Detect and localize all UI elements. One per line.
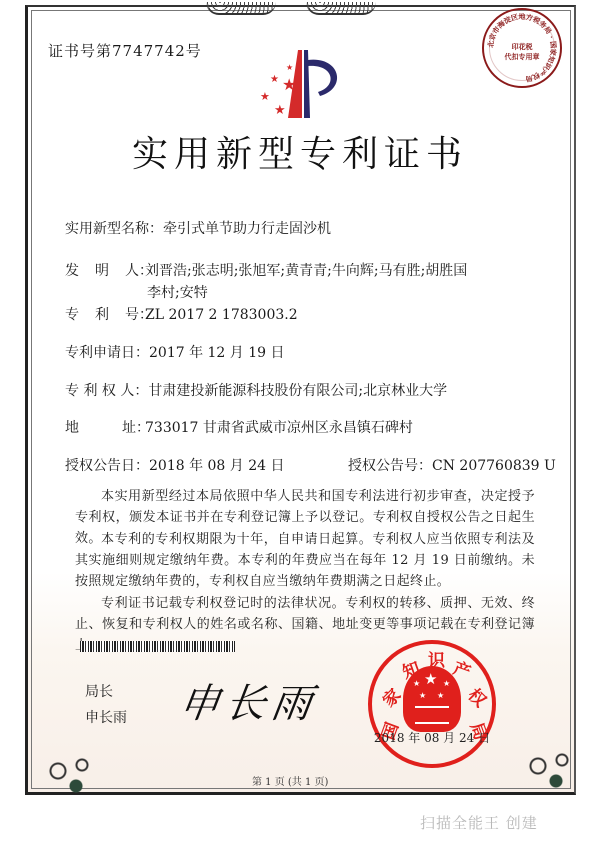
field-value: ZL 2017 2 1783003.2 xyxy=(145,307,298,323)
field-label: 专利申请日： xyxy=(65,342,149,362)
scanner-watermark: 扫描全能王 创建 xyxy=(420,812,538,833)
field-inventors-line2: 李村;安特 xyxy=(147,282,208,302)
svg-text:★: ★ xyxy=(274,103,286,118)
field-label: 实用新型名称： xyxy=(65,218,163,238)
field-value: 牵引式单节助力行走固沙机 xyxy=(163,221,331,237)
svg-text:★: ★ xyxy=(286,63,293,72)
stamp-duty-seal: 北京市海淀区地方税务局 · 国家知识产权局 印花税 代扣专用章 xyxy=(482,8,562,88)
corner-ornament-bottom-right xyxy=(520,745,580,805)
field-value: CN 207760839 U xyxy=(432,458,556,474)
field-value: 甘肃建投新能源科技股份有限公司;北京林业大学 xyxy=(148,383,447,399)
field-label: 授权公告日： xyxy=(65,455,149,475)
national-emblem-icon: ★ ★ ★ ★ ★ xyxy=(403,666,461,732)
field-label: 专 利 权 人： xyxy=(65,380,148,400)
director-signature: 申长雨 xyxy=(176,672,322,729)
field-value: 刘晋浩;张志明;张旭军;黄青青;牛向辉;马有胜;胡胜国 xyxy=(145,263,467,279)
svg-text:★: ★ xyxy=(260,90,270,103)
barcode xyxy=(80,641,235,652)
seal-date: 2018 年 08 月 24 日 xyxy=(372,729,492,746)
field-patent-number: 专利号：ZL 2017 2 1783003.2 xyxy=(65,304,298,324)
field-value: 733017 甘肃省武威市凉州区永昌镇石碑村 xyxy=(145,420,413,436)
field-publication-date: 授权公告日：2018 年 08 月 24 日 xyxy=(65,455,285,475)
field-label: 发明人： xyxy=(65,260,145,280)
field-label: 地址： xyxy=(65,417,145,437)
field-filing-date: 专利申请日：2017 年 12 月 19 日 xyxy=(65,342,285,362)
field-inventors: 发明人：刘晋浩;张志明;张旭军;黄青青;牛向辉;马有胜;胡胜国 xyxy=(65,260,467,280)
document-title: 实用新型专利证书 xyxy=(0,126,600,177)
cnipa-official-seal: 国 家 知 识 产 权 局 ★ ★ ★ ★ ★ 2018 年 08 月 24 日 xyxy=(368,640,496,768)
certificate-number: 证书号第7747742号 xyxy=(48,40,202,61)
page-indicator: 第 1 页 (共 1 页) xyxy=(252,773,328,788)
cnipa-logo-icon: ★ ★ ★ ★ ★ xyxy=(250,48,350,128)
field-address: 地址：733017 甘肃省武威市凉州区永昌镇石碑村 xyxy=(65,417,413,437)
seal-inner-line1: 印花税 xyxy=(484,42,560,52)
corner-ornament-bottom-left xyxy=(40,750,100,810)
field-patentee: 专 利 权 人：甘肃建投新能源科技股份有限公司;北京林业大学 xyxy=(65,380,447,400)
field-utility-model-name: 实用新型名称：牵引式单节助力行走固沙机 xyxy=(65,218,331,238)
seal-inner-line2: 代扣专用章 xyxy=(484,52,560,62)
body-paragraph-2: 本专利的专利权期限为十年，自申请日起算。专利权人应当依照专利法及其实施细则规定缴… xyxy=(75,529,535,592)
director-name: 申长雨 xyxy=(85,707,127,727)
field-value: 2018 年 08 月 24 日 xyxy=(149,458,285,474)
field-label: 专利号： xyxy=(65,304,145,324)
director-title: 局长 xyxy=(85,681,113,701)
top-ornament xyxy=(206,2,376,15)
field-value: 2017 年 12 月 19 日 xyxy=(149,345,285,361)
field-label: 授权公告号： xyxy=(348,455,432,475)
svg-text:★: ★ xyxy=(270,74,279,85)
svg-text:★: ★ xyxy=(282,75,296,94)
field-publication-number: 授权公告号：CN 207760839 U xyxy=(348,455,556,475)
